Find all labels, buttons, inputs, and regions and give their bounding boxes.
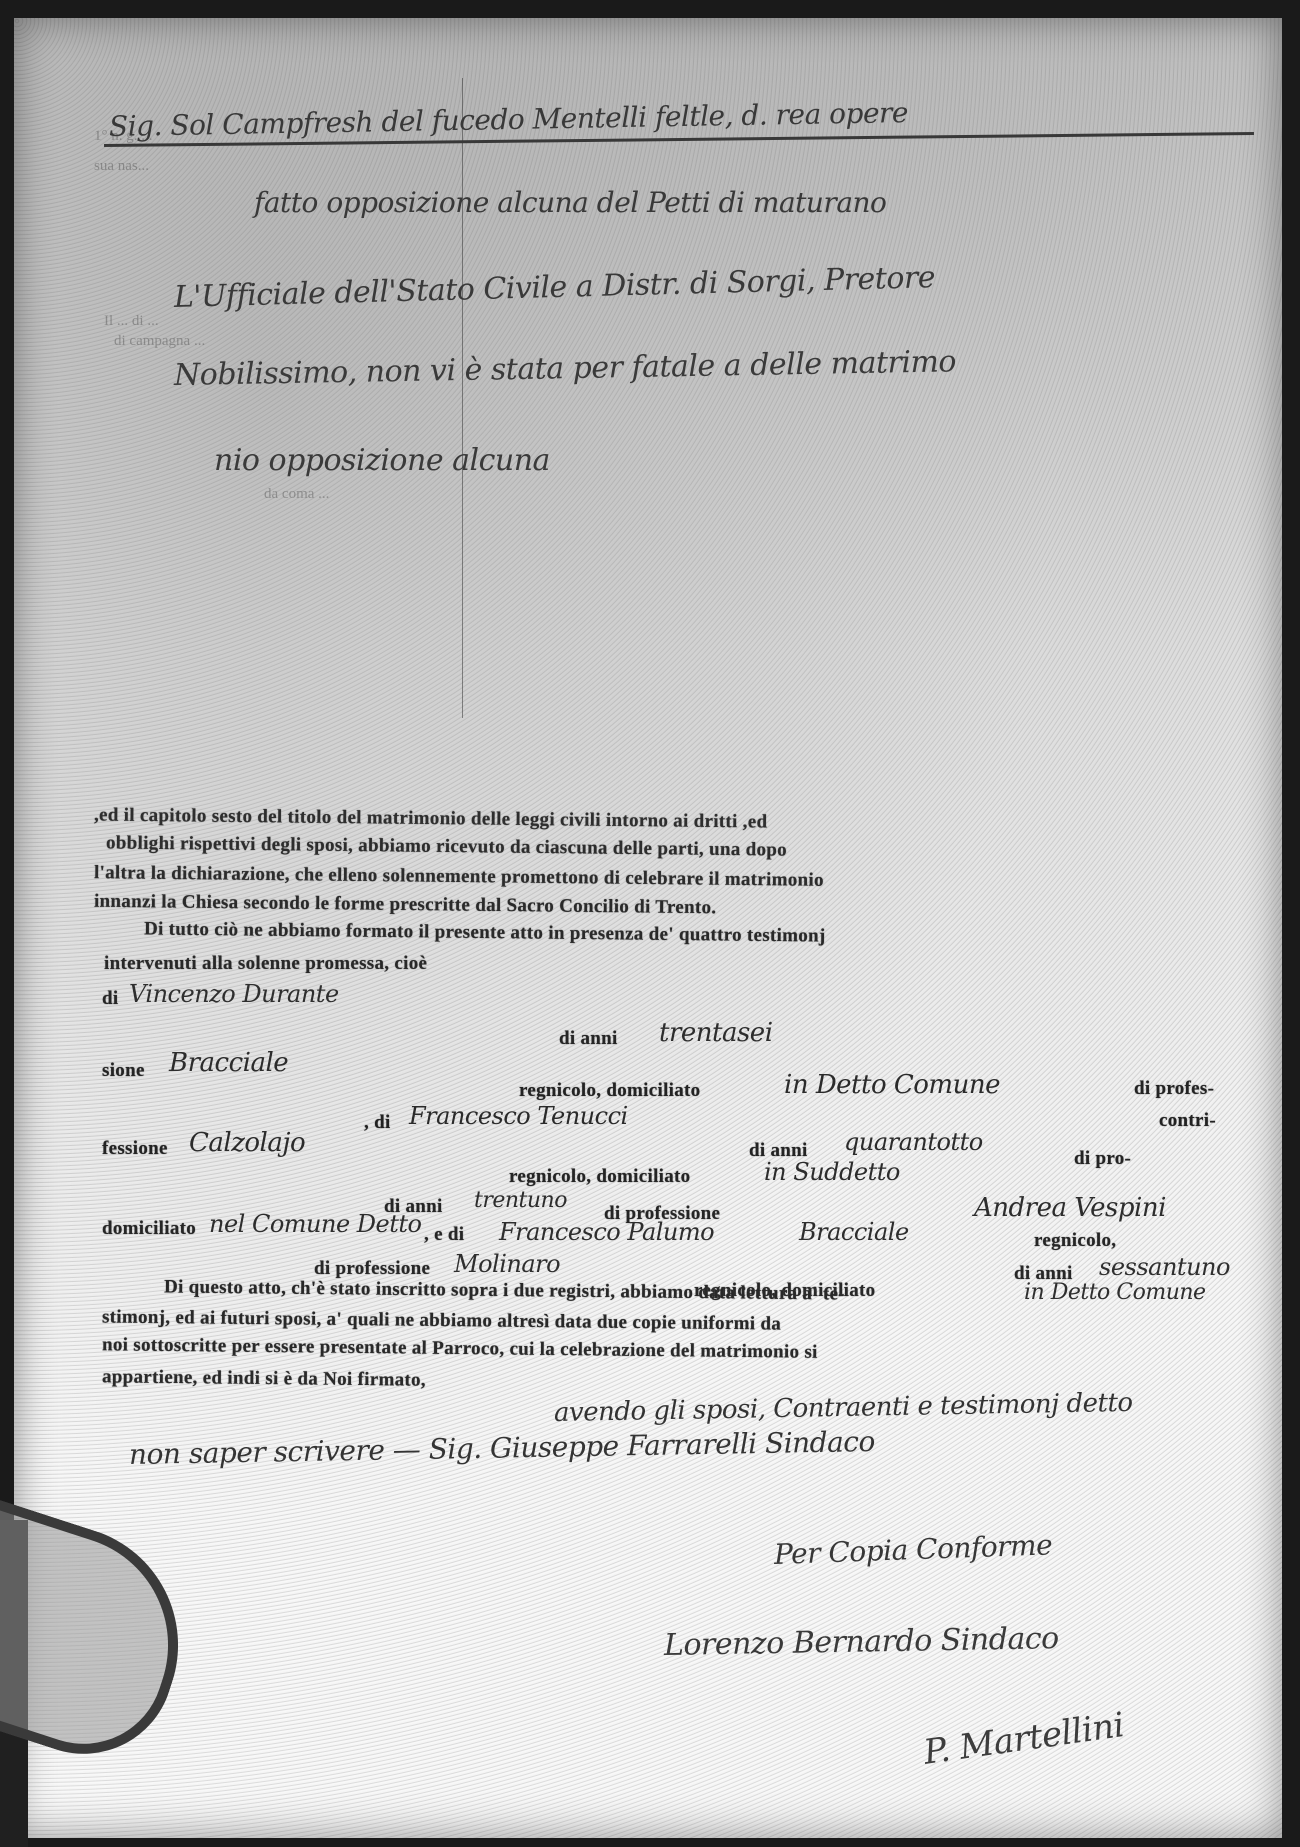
witness-1-prefix: di <box>102 988 118 1010</box>
witness-3-domicile-label: domiciliato <box>102 1218 196 1240</box>
printed-line-4: innanzi la Chiesa secondo le forme presc… <box>94 891 717 920</box>
printed-line-1: ,ed il capitolo sesto del titolo del mat… <box>94 804 768 833</box>
witness-4-profession: Molinaro <box>454 1250 560 1278</box>
signature-copy-conforme: Per Copia Conforme <box>773 1528 1052 1571</box>
witness-2-profession: Calzolajo <box>189 1128 305 1158</box>
di-pro-label: di pro- <box>1074 1148 1131 1170</box>
regnicolo-3-label: regnicolo, <box>1034 1230 1116 1252</box>
witness-2-residence: in Suddetto <box>764 1158 900 1186</box>
witness-4-age: sessantuno <box>1099 1253 1230 1281</box>
annotation-line-4: Nobilissimo, non vi è stata per fatale a… <box>174 344 957 393</box>
witness-2-residence-label: regnicolo, domiciliato <box>509 1166 690 1188</box>
profe-label: di profes- <box>1134 1078 1214 1100</box>
witness-3-residence: nel Comune Detto <box>209 1210 421 1238</box>
witness-4-profession-label: di professione <box>314 1258 430 1280</box>
witness-3-profession: Bracciale <box>799 1218 909 1246</box>
witness-1-name: Vincenzo Durante <box>129 980 339 1008</box>
closing-line-4: appartiene, ed indi si è da Noi firmato, <box>102 1366 426 1391</box>
witness-1-profession: Bracciale <box>169 1048 288 1078</box>
witness-2-prefix: , di <box>364 1112 391 1134</box>
annotation-line-2: fatto opposizione alcuna del Petti di ma… <box>254 186 886 219</box>
annotation-line-5: nio opposizione alcuna <box>214 443 550 478</box>
witness-1-age: trentasei <box>659 1018 773 1048</box>
annotation-line-3: L'Ufficiale dell'Stato Civile a Distr. d… <box>174 260 936 315</box>
fessione-label: fessione <box>102 1138 168 1160</box>
ghost-print-5: da coma ... <box>264 486 329 503</box>
witness-3-age: trentuno <box>474 1188 567 1213</box>
witness-2-age: quarantotto <box>844 1128 983 1156</box>
witness-3-name: Andrea Vespini <box>974 1193 1166 1223</box>
handwritten-closing-2: non saper scrivere — Sig. Giuseppe Farra… <box>129 1425 875 1471</box>
printed-line-6: intervenuti alla solenne promessa, cioè <box>104 953 427 975</box>
ghost-print-4: di campagna ... <box>114 333 205 350</box>
witness-1-residence: in Detto Comune <box>784 1070 1000 1100</box>
witness-4-residence: in Detto Comune <box>1024 1280 1206 1305</box>
witness-1-age-label: di anni <box>559 1028 618 1050</box>
printed-line-5: Di tutto ciò ne abbiamo formato il prese… <box>144 918 826 947</box>
contri-label: contri- <box>1159 1110 1216 1132</box>
witness-2-name: Francesco Tenucci <box>409 1102 628 1130</box>
ghost-print-3: Il ... di ... <box>104 313 159 330</box>
witness-4-prefix: , e di <box>424 1224 464 1246</box>
handwritten-closing-1: avendo gli sposi, Contraenti e testimonj… <box>554 1388 1133 1428</box>
signature-sindaco: Lorenzo Bernardo Sindaco <box>664 1621 1059 1663</box>
printed-line-2: obblighi rispettivi degli sposi, abbiamo… <box>106 832 787 861</box>
document-page: 1° n. g. ... sua nas... Il ... di ... di… <box>14 18 1282 1838</box>
witness-1-residence-label: regnicolo, domiciliato <box>519 1080 700 1102</box>
signature-final: P. Martellini <box>921 1705 1126 1773</box>
ghost-print-2: sua nas... <box>94 158 149 175</box>
closing-line-2: stimonj, ed ai futuri sposi, a' quali ne… <box>102 1306 781 1335</box>
witness-4-name: Francesco Palumo <box>499 1218 714 1246</box>
fold-line <box>462 78 463 718</box>
witness-1-sione-label: sione <box>102 1060 145 1082</box>
closing-line-3: noi sottoscritte per essere presentate a… <box>102 1334 818 1363</box>
printed-line-3: l'altra la dichiarazione, che elleno sol… <box>94 862 824 892</box>
